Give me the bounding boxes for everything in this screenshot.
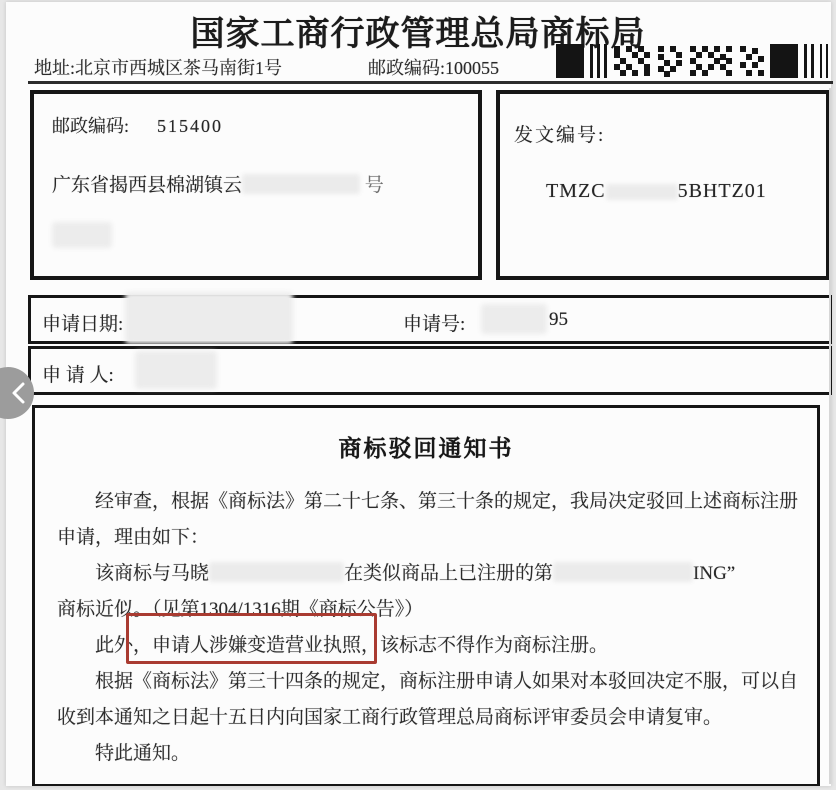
application-number-suffix: 95 <box>549 309 568 331</box>
notice-line: 特此通知。 <box>57 736 795 772</box>
notice-line: 申请，理由如下： <box>57 520 795 556</box>
barcode-icon <box>556 44 832 83</box>
docnum-prefix: TMZC <box>546 180 606 202</box>
notice-body: 经审查，根据《商标法》第二十七条、第三十条的规定，我局决定驳回上述商标注册 申请… <box>35 484 817 772</box>
notice-title: 商标驳回通知书 <box>35 408 817 463</box>
redaction-blur <box>242 174 360 194</box>
docnum-label: 发文编号: <box>514 120 605 147</box>
recipient-postal-label: 邮政编码: <box>52 116 129 136</box>
notice-line: 根据《商标法》第三十四条的规定，商标注册申请人如果对本驳回决定不服，可以自 <box>57 664 795 700</box>
document-number-box: 发文编号: TMZC5BHTZ01 <box>496 90 830 280</box>
notice-highlighted-text: 申请人涉嫌变造营业执照， <box>152 635 380 656</box>
application-info-row: 申请日期: 申请号: 95 <box>28 295 832 344</box>
application-number-label: 申请号: <box>403 309 465 336</box>
notice-line: 收到本通知之日起十五日内向国家工商行政管理总局商标评审委员会申请复审。 <box>57 700 795 736</box>
notice-text-segment: 此外， <box>95 635 152 656</box>
notice-text-segment: 该标志不得作为商标注册。 <box>380 635 608 656</box>
recipient-address-box: 邮政编码:515400 广东省揭西县棉湖镇云 号 <box>30 90 482 280</box>
chevron-left-icon <box>9 380 29 406</box>
redaction-blur <box>553 562 693 582</box>
application-date-label: 申请日期: <box>42 309 123 336</box>
docnum-suffix: 5BHTZ01 <box>678 180 767 202</box>
office-postal-code: 邮政编码:100055 <box>368 54 499 80</box>
notice-line: 该商标与马晓在类似商品上已注册的第ING” <box>57 556 795 592</box>
applicant-label: 申 请 人: <box>42 360 114 387</box>
notice-line: 商标近似。（见第1304/1316期《商标公告》） <box>57 592 795 628</box>
redaction-blur <box>52 222 112 248</box>
redaction-blur <box>135 351 217 389</box>
recipient-address-prefix: 广东省揭西县棉湖镇云 <box>52 175 242 196</box>
notice-line: 此外，申请人涉嫌变造营业执照，该标志不得作为商标注册。 <box>57 628 795 664</box>
redaction-blur <box>209 562 344 582</box>
redaction-blur <box>606 184 678 200</box>
notice-text-segment: 在类似商品上已注册的第 <box>344 563 553 584</box>
paper-edge-line <box>829 88 831 784</box>
redaction-blur <box>481 304 547 334</box>
office-address: 地址:北京市西城区茶马南街1号 <box>34 54 282 80</box>
redaction-blur <box>125 292 293 344</box>
notice-line: 经审查，根据《商标法》第二十七条、第三十条的规定，我局决定驳回上述商标注册 <box>57 484 795 520</box>
recipient-postal-value: 515400 <box>157 116 223 136</box>
header-divider <box>28 81 833 84</box>
image-viewer-stage: 国家工商行政管理总局商标局 地址:北京市西城区茶马南街1号 邮政编码:10005… <box>0 0 836 790</box>
recipient-address-suffix: 号 <box>365 175 384 196</box>
notice-text-segment: 该商标与马晓 <box>95 563 209 584</box>
notice-text-segment: ING” <box>693 563 735 584</box>
applicant-row: 申 请 人: <box>28 346 832 395</box>
notice-box: 商标驳回通知书 经审查，根据《商标法》第二十七条、第三十条的规定，我局决定驳回上… <box>32 405 820 786</box>
